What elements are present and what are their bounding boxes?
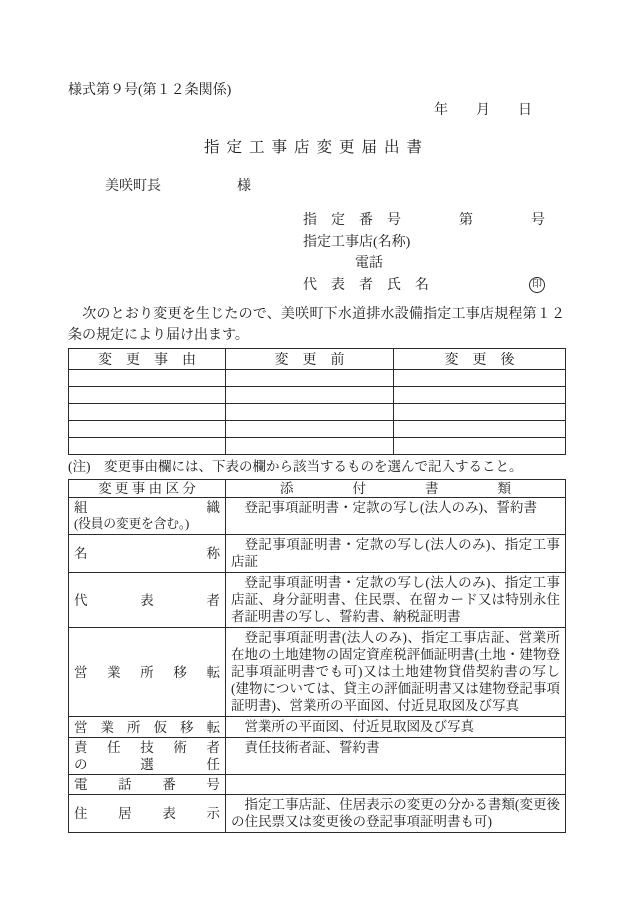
- table-row-technician-appointment: 責 任 技 術 者 の 選 任 責任技術者証、誓約書: [69, 738, 566, 775]
- phone-label: 電話: [303, 253, 545, 275]
- table-row-representative: 代 表 者 登記事項証明書・定款の写し(法人のみ)、指定工事店証、身分証明書、住…: [69, 573, 566, 628]
- change-entry-cell: [69, 404, 226, 421]
- change-entry-cell: [69, 387, 226, 404]
- documents-cell: 登記事項証明書・定款の写し(法人のみ)、指定工事店証: [226, 535, 566, 573]
- documents-cell: [226, 775, 566, 795]
- change-entry-cell: [226, 387, 394, 404]
- change-entry-cell: [394, 370, 566, 387]
- table-row-temporary-relocation: 営 業 所 仮 移 転 営業所の平面図、付近見取図及び写真: [69, 717, 566, 738]
- category-cell: 営 業 所 移 転: [69, 628, 226, 717]
- attachment-table-header-row: 変 更 事 由 区 分 添 付 書 類: [69, 480, 566, 498]
- note: (注) 変更事由欄には、下表の欄から該当するものを選んで記入すること。: [68, 458, 565, 476]
- change-entry-cell: [69, 370, 226, 387]
- change-table-row: [69, 404, 566, 421]
- representative-line: 代 表 者 氏 名 印: [303, 275, 545, 297]
- attachment-table: 変 更 事 由 区 分 添 付 書 類 組 織 (役員の変更を含む。) 登記事項…: [68, 479, 566, 833]
- change-entry-cell: [69, 438, 226, 455]
- change-entry-cell: [226, 370, 394, 387]
- date-line: 年 月 日: [68, 101, 565, 120]
- table-row-office-relocation: 営 業 所 移 転 登記事項証明書(法人のみ)、指定工事店証、営業所在地の土地建…: [69, 628, 566, 717]
- shop-name-label: 指定工事店(名称): [303, 232, 545, 254]
- designation-number-prefix: 第: [459, 210, 473, 232]
- documents-cell: 営業所の平面図、付近見取図及び写真: [226, 717, 566, 738]
- change-entry-cell: [394, 421, 566, 438]
- form-number: 様式第９号(第１２条関係): [68, 81, 565, 100]
- designation-number-line: 指 定 番 号 第 号: [303, 210, 545, 232]
- change-entry-cell: [394, 438, 566, 455]
- table-row-address-display: 住 居 表 示 指定工事店証、住居表示の変更の分かる書類(変更後の住民票又は変更…: [69, 795, 566, 833]
- change-entry-cell: [226, 421, 394, 438]
- header-before-change: 変 更 前: [226, 349, 394, 370]
- change-table: 変 更 事 由 変 更 前 変 更 後: [68, 348, 566, 455]
- addressee: 美咲町長: [105, 176, 237, 197]
- table-row-organization: 組 織 (役員の変更を含む。) 登記事項証明書・定款の写し(法人のみ)、誓約書: [69, 498, 566, 535]
- documents-cell: 責任技術者証、誓約書: [226, 738, 566, 775]
- body-text: 次のとおり変更を生じたので、美咲町下水道排水設備指定工事店規程第１２条の規定によ…: [68, 304, 565, 346]
- addressee-row: 美咲町長様: [105, 176, 565, 197]
- documents-cell: 指定工事店証、住居表示の変更の分かる書類(変更後の住民票又は変更後の登記事項証明…: [226, 795, 566, 833]
- change-entry-cell: [69, 421, 226, 438]
- category-cell: 名 称: [69, 535, 226, 573]
- header-change-reason: 変 更 事 由: [69, 349, 226, 370]
- documents-cell: 登記事項証明書・定款の写し(法人のみ)、指定工事店証、身分証明書、住民票、在留カ…: [226, 573, 566, 628]
- header-change-category: 変 更 事 由 区 分: [69, 480, 226, 498]
- change-table-row: [69, 370, 566, 387]
- category-cell: 組 織 (役員の変更を含む。): [69, 498, 226, 535]
- change-table-row: [69, 421, 566, 438]
- header-attached-documents: 添 付 書 類: [226, 480, 566, 498]
- documents-cell: 登記事項証明書・定款の写し(法人のみ)、誓約書: [226, 498, 566, 535]
- designation-number-label: 指 定 番 号: [303, 210, 401, 232]
- change-table-row: [69, 438, 566, 455]
- header-after-change: 変 更 後: [394, 349, 566, 370]
- documents-cell: 登記事項証明書(法人のみ)、指定工事店証、営業所在地の土地建物の固定資産税評価証…: [226, 628, 566, 717]
- table-row-phone-number: 電 話 番 号: [69, 775, 566, 795]
- seal-icon: 印: [529, 277, 545, 293]
- category-cell: 責 任 技 術 者 の 選 任: [69, 738, 226, 775]
- change-entry-cell: [394, 404, 566, 421]
- category-cell: 代 表 者: [69, 573, 226, 628]
- change-entry-cell: [226, 438, 394, 455]
- category-cell: 営 業 所 仮 移 転: [69, 717, 226, 738]
- applicant-info-block: 指 定 番 号 第 号 指定工事店(名称) 電話 代 表 者 氏 名 印: [303, 210, 545, 296]
- change-entry-cell: [226, 404, 394, 421]
- document-page: 様式第９号(第１２条関係) 年 月 日 指定工事店変更届出書 美咲町長様 指 定…: [0, 0, 630, 903]
- change-entry-cell: [394, 387, 566, 404]
- category-cell: 住 居 表 示: [69, 795, 226, 833]
- table-row-name: 名 称 登記事項証明書・定款の写し(法人のみ)、指定工事店証: [69, 535, 566, 573]
- category-cell: 電 話 番 号: [69, 775, 226, 795]
- addressee-honorific: 様: [237, 179, 251, 194]
- designation-number-suffix: 号: [531, 210, 545, 232]
- change-table-row: [69, 387, 566, 404]
- representative-label: 代 表 者 氏 名: [303, 275, 429, 297]
- change-table-header-row: 変 更 事 由 変 更 前 変 更 後: [69, 349, 566, 370]
- page-title: 指定工事店変更届出書: [68, 137, 565, 158]
